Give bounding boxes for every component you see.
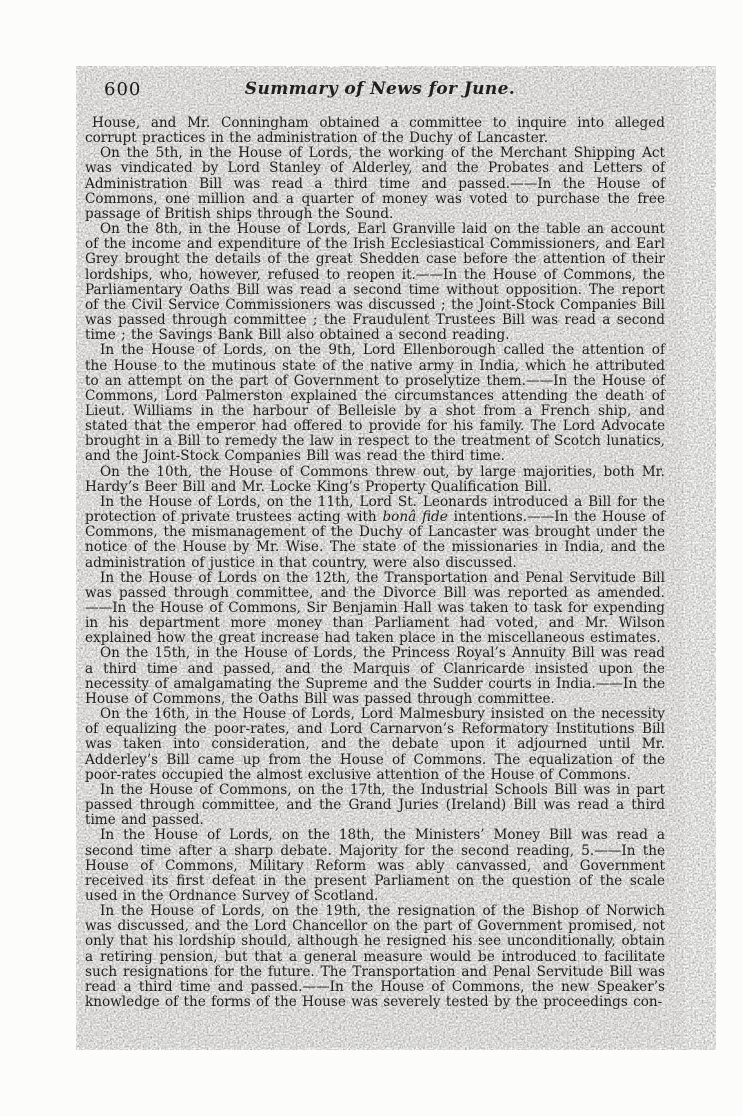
paragraph-june-9: In the House of Lords, on the 9th, Lord … bbox=[85, 343, 665, 464]
running-title: Summary of News for June. bbox=[85, 79, 665, 99]
paragraph-text: On the 15th, in the House of Lords, the … bbox=[85, 645, 665, 706]
latin-phrase-italic: bonâ fide bbox=[382, 509, 447, 525]
paragraph-text: In the House of Lords, on the 9th, Lord … bbox=[85, 342, 665, 464]
paragraph-text: On the 10th, the House of Commons threw … bbox=[85, 464, 665, 495]
paragraph-text: In the House of Commons, on the 17th, th… bbox=[85, 782, 665, 828]
paragraph-continuation: House, and Mr. Conningham obtained a com… bbox=[85, 116, 665, 146]
paragraph-june-8: On the 8th, in the House of Lords, Earl … bbox=[85, 222, 665, 343]
page-number: 600 bbox=[104, 79, 141, 100]
paragraph-june-15: On the 15th, in the House of Lords, the … bbox=[85, 646, 665, 707]
paragraph-june-16: On the 16th, in the House of Lords, Lord… bbox=[85, 707, 665, 783]
paragraph-june-5: On the 5th, in the House of Lords, the w… bbox=[85, 146, 665, 222]
paragraph-text: In the House of Lords on the 12th, the T… bbox=[85, 570, 665, 647]
paragraph-june-18: In the House of Lords, on the 18th, the … bbox=[85, 828, 665, 904]
paragraph-june-10: On the 10th, the House of Commons threw … bbox=[85, 465, 665, 495]
paragraph-text: On the 16th, in the House of Lords, Lord… bbox=[85, 706, 665, 783]
paragraph-text: In the House of Lords, on the 19th, the … bbox=[85, 903, 665, 1010]
paragraph-june-11: In the House of Lords, on the 11th, Lord… bbox=[85, 495, 665, 571]
paragraph-text: House, and Mr. Conningham obtained a com… bbox=[85, 115, 665, 146]
paragraph-june-12: In the House of Lords on the 12th, the T… bbox=[85, 571, 665, 647]
paragraph-text: In the House of Lords, on the 18th, the … bbox=[85, 827, 665, 904]
paragraph-june-19: In the House of Lords, on the 19th, the … bbox=[85, 904, 665, 1010]
page-header: 600 Summary of News for June. bbox=[85, 79, 665, 103]
text-column: House, and Mr. Conningham obtained a com… bbox=[85, 116, 665, 1010]
scanned-book-page: 600 Summary of News for June. House, and… bbox=[0, 0, 743, 1116]
paragraph-june-17: In the House of Commons, on the 17th, th… bbox=[85, 783, 665, 828]
paragraph-text: On the 5th, in the House of Lords, the w… bbox=[85, 145, 665, 222]
paragraph-text: On the 8th, in the House of Lords, Earl … bbox=[85, 221, 665, 343]
